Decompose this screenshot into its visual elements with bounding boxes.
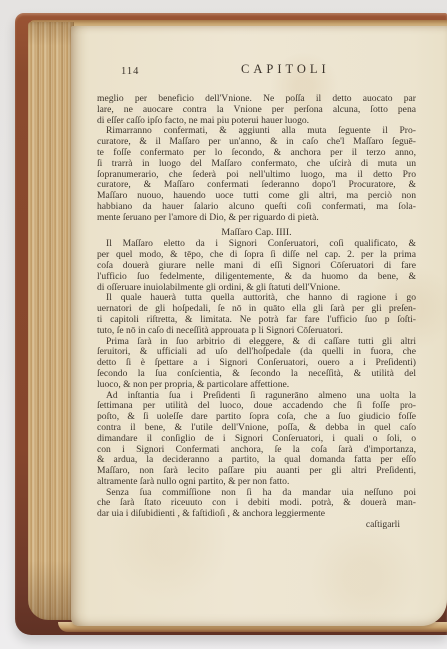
text-line: Il Maſſaro eletto da i Signori Conſeruat… (97, 239, 416, 250)
photo-backdrop: 114 CAPITOLI meglio per beneficio dell'V… (0, 0, 447, 649)
text-line: ſecondo la ſua conſcientia, & ſecondo la… (97, 369, 416, 380)
text-line: l'ufficio ſuo fedelmente, diligentemente… (97, 272, 416, 283)
running-title: CAPITOLI (241, 62, 330, 77)
text-line: meglio per beneficio dell'Vnione. Ne poſ… (97, 94, 416, 105)
text-line: & ardua, la decideranno a partito, la qu… (97, 455, 416, 466)
folio-number: 114 (121, 66, 139, 77)
page-header: 114 CAPITOLI (71, 62, 447, 80)
chapter-heading: Maſſaro Cap. IIII. (97, 228, 416, 239)
text-line: coſa douerà giurare nelle mani di eſſi S… (97, 261, 416, 272)
text-line: Il quale hauerà tutta quella auttorità, … (97, 293, 416, 304)
text-line: ſi trarrà in luogo del Maſſaro confermat… (97, 159, 416, 170)
text-line: curatore, & Maſſaro confermati ſederanno… (97, 180, 416, 191)
book-page: 114 CAPITOLI meglio per beneficio dell'V… (71, 26, 447, 626)
text-line: Prima ſarà in ſuo arbitrio di eleggere, … (97, 337, 416, 348)
text-line: Maſſaro, non ſarà lecito paſſare piu aua… (97, 466, 416, 477)
text-line: Maſſaro nuouo, hauendo uoce tutti come g… (97, 191, 416, 202)
text-line: ſeruitori, & ufficiali ad uſo dell'hoſpe… (97, 347, 416, 358)
text-column: meglio per beneficio dell'Vnione. Ne poſ… (97, 94, 416, 531)
text-line: habbiano da hauer ſalario alcuno queſti … (97, 202, 416, 213)
text-line: Senza ſua commiſſione non ſi ha da manda… (97, 488, 416, 499)
catchword: caſtigarli (97, 520, 416, 531)
text-line: di oſſeruare inuiolabilmente gli ordini,… (97, 283, 416, 294)
text-block: meglio per beneficio dell'Vnione. Ne poſ… (97, 94, 416, 520)
fore-edge-page-stack (28, 22, 74, 620)
text-line: ſopranumerario, che ſederà poi nell'ulti… (97, 170, 416, 181)
text-line: altramente ſarà nullo ogni partito, & pe… (97, 477, 416, 488)
text-line: ti capitoli riſtretta, & limitata. Ne po… (97, 315, 416, 326)
text-line: ſettimana per utilità del luoco, doue ac… (97, 401, 416, 412)
text-line: lare, ne auocare contra la Vnione per pe… (97, 105, 416, 116)
text-line: Ad inſtantia ſua i Preſidenti ſi raguner… (97, 391, 416, 402)
text-line: Rimarranno confermati, & aggiunti alla m… (97, 126, 416, 137)
text-line: poſto, & ſi uoleſſe dare partito ſopra c… (97, 412, 416, 423)
text-line: detto ſi è ſpettare a i Signori Conſerua… (97, 358, 416, 369)
text-line: curatore, & il Maſſaro per un'anno, & in… (97, 137, 416, 148)
text-line: uernatori de gli hoſpedali, ſe nō in quā… (97, 304, 416, 315)
text-line: dimandare il conſiglio de i Signori Conſ… (97, 434, 416, 445)
text-line: tuto, ſe nō in caſo di neceſſità approua… (97, 326, 416, 337)
text-line: con i Signori Confermati anchora, ſe la … (97, 445, 416, 456)
text-line: di eſſer caſſo ipſo facto, ne mai piu po… (97, 116, 416, 127)
text-line: per quel modo, & tēpo, che di ſopra ſi d… (97, 250, 416, 261)
text-line: che ſarà ſtato riceuuto con i debiti mod… (97, 498, 416, 509)
text-line: te foſſe confermato per lo ſecondo, & an… (97, 148, 416, 159)
text-line: luoco, & non per propria, & particolare … (97, 380, 416, 391)
text-line: mente ſeruano per l'amore di Dio, & per … (97, 213, 416, 224)
text-line: contra il bene, & l'utile dell'Vnione, p… (97, 423, 416, 434)
